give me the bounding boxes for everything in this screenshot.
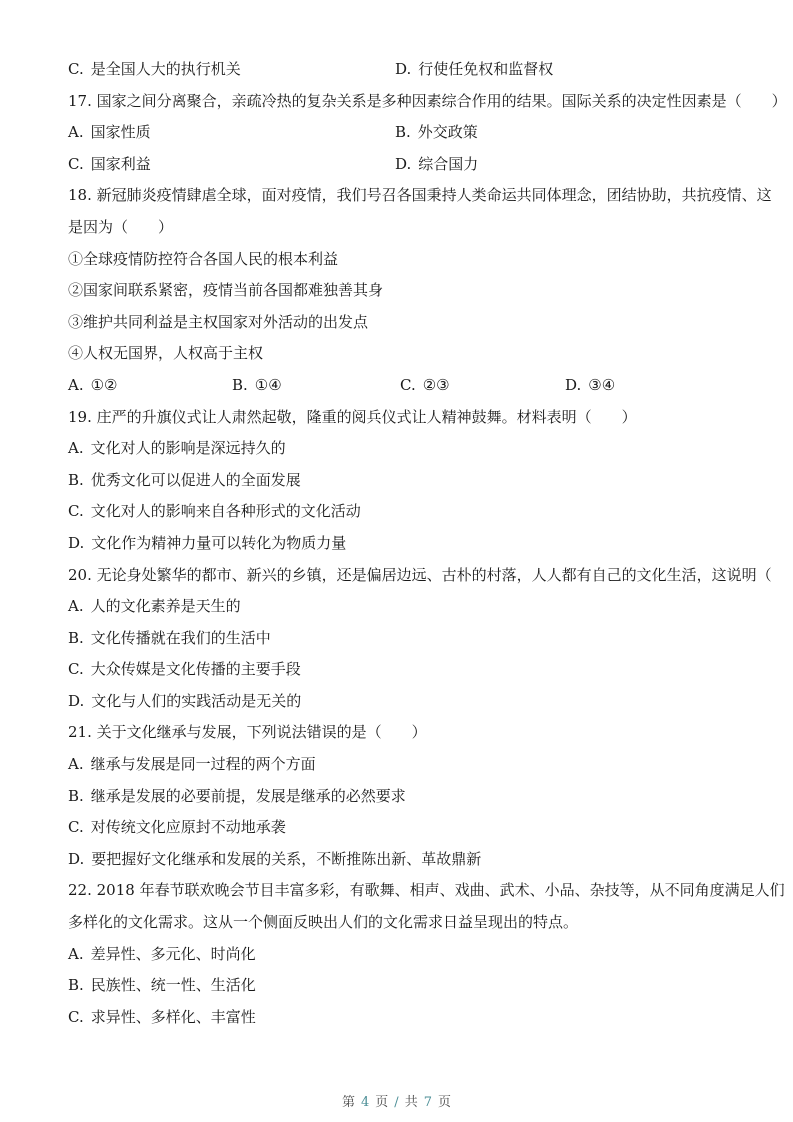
option-label: C. xyxy=(400,376,416,394)
option-row: D.文化作为精神力量可以转化为物质力量 xyxy=(68,528,735,560)
option-row: D.要把握好文化继承和发展的关系，不断推陈出新、革故鼎新 xyxy=(68,844,735,876)
options-row: A.①②B.①④C.②③D.③④ xyxy=(68,370,735,402)
option-row: A.继承与发展是同一过程的两个方面 xyxy=(68,749,735,781)
options-row: C.国家利益D.综合国力 xyxy=(68,149,735,181)
option-label: C. xyxy=(68,155,84,173)
option-item: A.文化对人的影响是深远持久的 xyxy=(68,439,286,457)
option-label: D. xyxy=(395,60,411,78)
question-stem-line: 22. 2018 年春节联欢晚会节目丰富多彩，有歌舞、相声、戏曲、武术、小品、杂… xyxy=(68,875,735,907)
option-text: 民族性、统一性、生活化 xyxy=(91,976,256,994)
option-row: A.差异性、多元化、时尚化 xyxy=(68,939,735,971)
question-subitem: ④人权无国界，人权高于主权 xyxy=(68,338,735,370)
option-label: D. xyxy=(68,692,84,710)
option-label: C. xyxy=(68,660,84,678)
option-item: C.文化对人的影响来自各种形式的文化活动 xyxy=(68,502,361,520)
option-cell: A.①② xyxy=(68,370,232,402)
question-stem-line: 17. 国家之间分离聚合，亲疏冷热的复杂关系是多种因素综合作用的结果。国际关系的… xyxy=(68,86,735,118)
option-row: B.继承是发展的必要前提，发展是继承的必然要求 xyxy=(68,781,735,813)
option-text: ②③ xyxy=(423,376,450,394)
option-text: 文化与人们的实践活动是无关的 xyxy=(91,692,301,710)
option-item: D.要把握好文化继承和发展的关系，不断推陈出新、革故鼎新 xyxy=(68,850,481,868)
option-label: C. xyxy=(68,502,84,520)
option-row: B.文化传播就在我们的生活中 xyxy=(68,623,735,655)
option-text: 外交政策 xyxy=(418,123,478,141)
option-item: D.③④ xyxy=(565,376,615,394)
option-item: C.是全国人大的执行机关 xyxy=(68,60,241,78)
question-stem-line: 19. 庄严的升旗仪式让人肃然起敬，隆重的阅兵仪式让人精神鼓舞。材料表明（ ） xyxy=(68,402,735,434)
option-item: D.文化与人们的实践活动是无关的 xyxy=(68,692,301,710)
option-row: C.文化对人的影响来自各种形式的文化活动 xyxy=(68,496,735,528)
option-item: D.文化作为精神力量可以转化为物质力量 xyxy=(68,534,346,552)
option-item: C.国家利益 xyxy=(68,155,151,173)
option-label: A. xyxy=(68,376,84,394)
option-text: 继承与发展是同一过程的两个方面 xyxy=(91,755,316,773)
option-label: C. xyxy=(68,1008,84,1026)
option-row: C.大众传媒是文化传播的主要手段 xyxy=(68,654,735,686)
option-text: 大众传媒是文化传播的主要手段 xyxy=(91,660,301,678)
footer-page-prefix: 第 xyxy=(342,1095,355,1110)
option-row: C.对传统文化应原封不动地承袭 xyxy=(68,812,735,844)
option-item: C.对传统文化应原封不动地承袭 xyxy=(68,818,286,836)
option-text: 差异性、多元化、时尚化 xyxy=(91,945,256,963)
question-subitem: ①全球疫情防控符合各国人民的根本利益 xyxy=(68,244,735,276)
question-stem-line: 是因为（ ） xyxy=(68,212,735,244)
question-stem-line: 20. 无论身处繁华的都市、新兴的乡镇，还是偏居边远、古朴的村落，人人都有自己的… xyxy=(68,560,735,592)
footer-separator: / xyxy=(394,1095,398,1110)
option-text: ①④ xyxy=(255,376,282,394)
option-label: B. xyxy=(68,787,84,805)
option-label: A. xyxy=(68,945,84,963)
option-item: B.外交政策 xyxy=(395,123,478,141)
question-stem-line: 18. 新冠肺炎疫情肆虐全球，面对疫情，我们号召各国秉持人类命运共同体理念，团结… xyxy=(68,180,735,212)
option-item: B.民族性、统一性、生活化 xyxy=(68,976,256,994)
option-row: B.民族性、统一性、生活化 xyxy=(68,970,735,1002)
option-item: A.①② xyxy=(68,376,118,394)
exam-content: C.是全国人大的执行机关D.行使任免权和监督权17. 国家之间分离聚合，亲疏冷热… xyxy=(68,54,735,1033)
option-text: 要把握好文化继承和发展的关系，不断推陈出新、革故鼎新 xyxy=(91,850,481,868)
option-label: C. xyxy=(68,60,84,78)
option-text: 人的文化素养是天生的 xyxy=(91,597,241,615)
option-item: C.求异性、多样化、丰富性 xyxy=(68,1008,256,1026)
option-text: 国家利益 xyxy=(91,155,151,173)
footer-total-pages: 7 xyxy=(424,1095,432,1110)
option-item: B.优秀文化可以促进人的全面发展 xyxy=(68,471,301,489)
page-footer: 第4页/共7页 xyxy=(0,1093,793,1113)
option-text: 优秀文化可以促进人的全面发展 xyxy=(91,471,301,489)
footer-total-unit: 页 xyxy=(438,1095,451,1110)
option-label: D. xyxy=(565,376,581,394)
option-item: C.大众传媒是文化传播的主要手段 xyxy=(68,660,301,678)
option-text: 文化对人的影响是深远持久的 xyxy=(91,439,286,457)
option-label: C. xyxy=(68,818,84,836)
option-item: C.②③ xyxy=(400,376,450,394)
option-label: D. xyxy=(68,850,84,868)
option-text: 行使任免权和监督权 xyxy=(418,60,553,78)
option-text: 继承是发展的必要前提，发展是继承的必然要求 xyxy=(91,787,406,805)
option-text: 求异性、多样化、丰富性 xyxy=(91,1008,256,1026)
option-cell: C.国家利益 xyxy=(68,149,395,181)
option-row: D.文化与人们的实践活动是无关的 xyxy=(68,686,735,718)
option-cell: B.①④ xyxy=(232,370,400,402)
option-label: B. xyxy=(395,123,411,141)
option-text: ①② xyxy=(91,376,118,394)
option-label: A. xyxy=(68,597,84,615)
option-item: B.①④ xyxy=(232,376,282,394)
option-label: A. xyxy=(68,439,84,457)
option-text: 国家性质 xyxy=(91,123,151,141)
option-row: A.人的文化素养是天生的 xyxy=(68,591,735,623)
option-text: 综合国力 xyxy=(418,155,478,173)
option-cell: D.行使任免权和监督权 xyxy=(395,54,735,86)
footer-total-label: 共 xyxy=(405,1095,418,1110)
footer-current-page: 4 xyxy=(361,1095,369,1110)
question-subitem: ③维护共同利益是主权国家对外活动的出发点 xyxy=(68,307,735,339)
option-item: B.文化传播就在我们的生活中 xyxy=(68,629,271,647)
option-text: 是全国人大的执行机关 xyxy=(91,60,241,78)
option-item: B.继承是发展的必要前提，发展是继承的必然要求 xyxy=(68,787,406,805)
option-row: B.优秀文化可以促进人的全面发展 xyxy=(68,465,735,497)
question-subitem: ②国家间联系紧密，疫情当前各国都难独善其身 xyxy=(68,275,735,307)
option-label: D. xyxy=(68,534,84,552)
option-cell: D.综合国力 xyxy=(395,149,735,181)
option-row: A.文化对人的影响是深远持久的 xyxy=(68,433,735,465)
footer-page-unit: 页 xyxy=(375,1095,388,1110)
option-cell: A.国家性质 xyxy=(68,117,395,149)
option-text: ③④ xyxy=(588,376,615,394)
option-item: A.人的文化素养是天生的 xyxy=(68,597,241,615)
option-label: A. xyxy=(68,123,84,141)
option-label: D. xyxy=(395,155,411,173)
option-cell: C.②③ xyxy=(400,370,565,402)
option-cell: C.是全国人大的执行机关 xyxy=(68,54,395,86)
option-item: A.国家性质 xyxy=(68,123,151,141)
option-text: 文化作为精神力量可以转化为物质力量 xyxy=(91,534,346,552)
exam-paper-page: C.是全国人大的执行机关D.行使任免权和监督权17. 国家之间分离聚合，亲疏冷热… xyxy=(0,0,793,1122)
option-item: A.继承与发展是同一过程的两个方面 xyxy=(68,755,316,773)
option-label: B. xyxy=(68,629,84,647)
option-label: B. xyxy=(68,471,84,489)
option-label: B. xyxy=(68,976,84,994)
option-item: D.综合国力 xyxy=(395,155,478,173)
question-stem-line: 多样化的文化需求。这从一个侧面反映出人们的文化需求日益呈现出的特点。 xyxy=(68,907,735,939)
option-row: C.求异性、多样化、丰富性 xyxy=(68,1002,735,1034)
option-item: A.差异性、多元化、时尚化 xyxy=(68,945,256,963)
question-stem-line: 21. 关于文化继承与发展，下列说法错误的是（ ） xyxy=(68,717,735,749)
option-cell: D.③④ xyxy=(565,370,735,402)
option-cell: B.外交政策 xyxy=(395,117,735,149)
option-text: 文化对人的影响来自各种形式的文化活动 xyxy=(91,502,361,520)
options-row: C.是全国人大的执行机关D.行使任免权和监督权 xyxy=(68,54,735,86)
options-row: A.国家性质B.外交政策 xyxy=(68,117,735,149)
option-item: D.行使任免权和监督权 xyxy=(395,60,553,78)
option-text: 对传统文化应原封不动地承袭 xyxy=(91,818,286,836)
option-label: B. xyxy=(232,376,248,394)
option-text: 文化传播就在我们的生活中 xyxy=(91,629,271,647)
option-label: A. xyxy=(68,755,84,773)
